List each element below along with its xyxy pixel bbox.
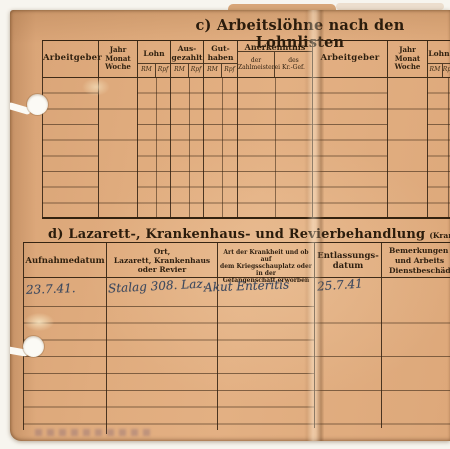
col-art-der-krankheit: Art der Krankheit und ob auf dem Kriegss… [217, 243, 314, 277]
col-arbeitgeber: Arbeitgeber [42, 41, 98, 77]
handwritten-illness: Akut Enteritis [204, 278, 290, 295]
hospital-table-header: Aufnahmedatum Ort, Lazarett, Krankenhaus… [23, 242, 450, 278]
guthaben-line2: haben [204, 53, 237, 62]
rm-rpf-divider [189, 78, 190, 217]
col-bemerkungen: Bemerkungen ( und Arbeits Dienstbeschädi [381, 243, 450, 277]
body-col-lohn-2 [427, 78, 450, 217]
col-lohn-2: Lohn RM Rpf [427, 41, 450, 77]
bemerkungen-line3: Dienstbeschädi [389, 266, 450, 276]
col-jahr-monat-woche: Jahr Monat Woche [98, 41, 137, 77]
anerkenntnis-divider [275, 78, 276, 217]
rm-label: RM [138, 64, 156, 77]
wages-table-body [42, 78, 450, 219]
kr-gef-line2: Kr.-Gef. [275, 64, 312, 71]
record-card: c) Arbeitslöhne nach den Lohnlisten Arbe… [10, 10, 450, 441]
rm-rpf-divider [156, 78, 157, 217]
ausgezahlt-currency-subrow: RM Rpf [171, 63, 203, 77]
sub-kr-gef: des Kr.-Gef. [275, 52, 312, 77]
hospital-table-rows [23, 290, 450, 426]
col-arbeitgeber-2-label: Arbeitgeber [313, 53, 387, 63]
punch-hole [23, 336, 44, 357]
body-col-arbeitgeber-2 [312, 78, 387, 217]
body-col-ausgezahlt [170, 78, 203, 217]
wages-table-header: Arbeitgeber Jahr Monat Woche Lohn RM Rpf… [42, 40, 450, 78]
body-col-anerkenntnis [237, 78, 312, 217]
punch-hole [27, 94, 48, 115]
body-col-arbeitgeber [42, 78, 98, 217]
section-d-title-main: d) Lazarett-, Krankenhaus- und Revierbeh… [48, 227, 425, 242]
kr-gef-line1: des [275, 57, 312, 64]
col-ort: Ort, Lazarett, Krankenhaus oder Revier [106, 243, 217, 277]
lohn2-currency-subrow: RM Rpf [428, 63, 450, 77]
rpf-label: Rpf [156, 64, 170, 77]
col-lohn-label: Lohn [138, 49, 170, 58]
col-jahr-monat-woche-2: Jahr Monat Woche [387, 41, 427, 77]
bemerkungen-line1: Bemerkungen ( [389, 246, 450, 256]
rows-main-lines [314, 290, 450, 426]
rpf-label: Rpf [443, 64, 450, 77]
rpf-label: Rpf [189, 64, 203, 77]
ort-line3: oder Revier [107, 265, 217, 274]
section-d-title-note: (Krankenblätter, D. B.-Verhandlungen [429, 231, 450, 240]
col-guthaben: Gut- haben RM Rpf [203, 41, 237, 77]
body-col-jmw-2 [387, 78, 427, 217]
lohn-currency-subrow: RM Rpf [138, 63, 170, 77]
col-aufnahmedatum: Aufnahmedatum [23, 243, 106, 277]
col-anerkenntnis: Anerkenntnis der Zahlmeisterei des Kr.-G… [237, 41, 312, 77]
paper-tear-patch [82, 78, 110, 96]
zahlmeisterei-line1: der [238, 57, 274, 64]
ausgezahlt-line2: gezahlt [171, 53, 203, 62]
guthaben-currency-subrow: RM Rpf [204, 63, 237, 77]
ink-bleedthrough [35, 429, 155, 436]
col-entlassungsdatum: Entlassungs- datum [314, 243, 381, 277]
col-ausgezahlt: Aus- gezahlt RM Rpf [170, 41, 203, 77]
section-d-title: d) Lazarett-, Krankenhaus- und Revierbeh… [48, 223, 450, 242]
jmw-line3: Woche [99, 63, 137, 72]
ausgezahlt-line1: Aus- [171, 44, 203, 53]
rpf-label: Rpf [222, 64, 237, 77]
col-lohn-2-label: Lohn [428, 49, 450, 58]
rm-rpf-divider [448, 78, 449, 217]
sub-zahlmeisterei: der Zahlmeisterei [238, 52, 275, 77]
scan-smudge [336, 3, 444, 10]
col-arbeitgeber-2: Arbeitgeber [312, 41, 387, 77]
jmw2-line3: Woche [388, 63, 427, 72]
col-lohn: Lohn RM Rpf [137, 41, 170, 77]
art-line2: dem Kriegsschauplatz oder in der [218, 263, 314, 277]
scanned-document: c) Arbeitslöhne nach den Lohnlisten Arbe… [0, 0, 450, 449]
body-col-jmw [98, 78, 137, 217]
col-arbeitgeber-label: Arbeitgeber [43, 53, 98, 63]
rows-writing-lines [23, 290, 314, 426]
body-col-guthaben [203, 78, 237, 217]
guthaben-line1: Gut- [204, 44, 237, 53]
paper-tear-patch [24, 313, 54, 331]
art-line1: Art der Krankheit und ob auf [218, 249, 314, 263]
ort-line1: Ort, [107, 247, 217, 256]
rm-label: RM [204, 64, 222, 77]
col-aufnahmedatum-label: Aufnahmedatum [24, 256, 106, 266]
rm-rpf-divider [222, 78, 223, 217]
body-col-lohn [137, 78, 170, 217]
rm-label: RM [428, 64, 443, 77]
ort-line2: Lazarett, Krankenhaus [107, 256, 217, 265]
entlassung-line1: Entlassungs- [315, 251, 381, 261]
entlassung-line2: datum [315, 261, 381, 271]
anerkenntnis-subrow: der Zahlmeisterei des Kr.-Gef. [238, 51, 312, 77]
handwritten-admission-date: 23.7.41. [26, 281, 76, 297]
rm-label: RM [171, 64, 189, 77]
zahlmeisterei-line2: Zahlmeisterei [238, 64, 274, 71]
bemerkungen-line2: und Arbeits [389, 256, 450, 266]
